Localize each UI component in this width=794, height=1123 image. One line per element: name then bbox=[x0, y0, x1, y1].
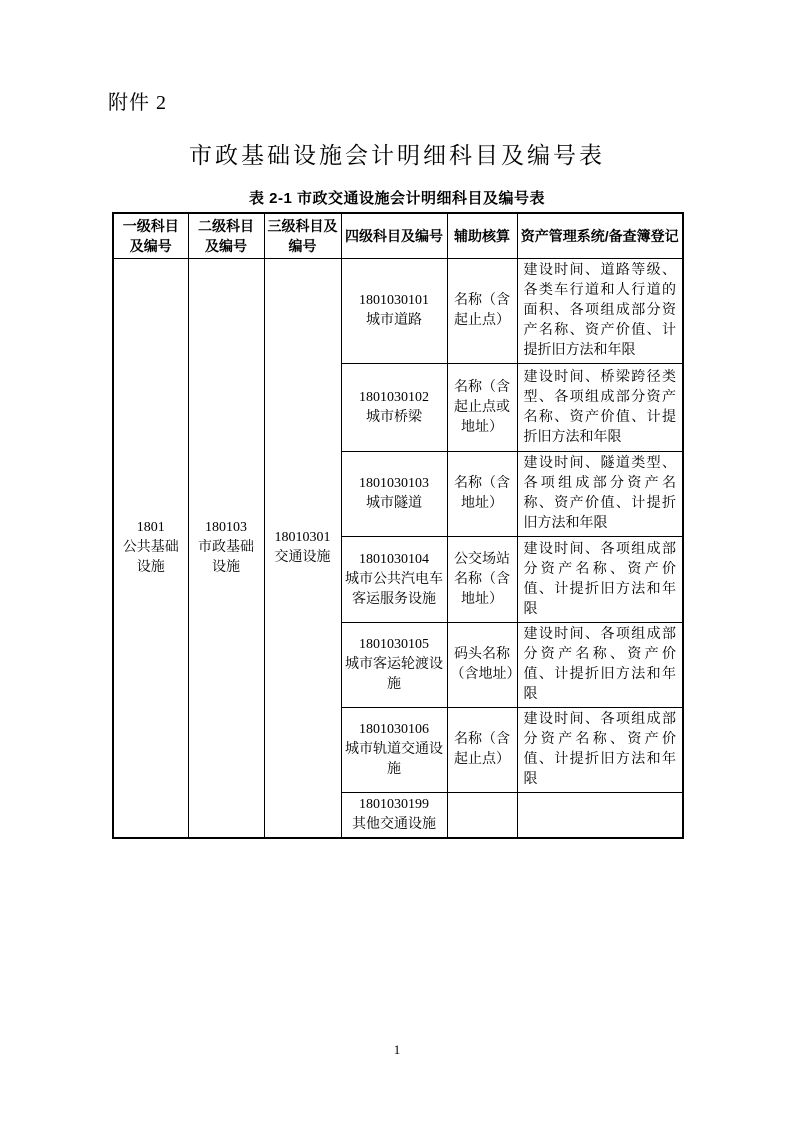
subject-code-table: 一级科目及编号 二级科目及编号 三级科目及编号 四级科目及编号 辅助核算 资产管… bbox=[112, 212, 684, 839]
auxiliary-cell: 名称（含起止点或地址） bbox=[447, 364, 517, 452]
level4-name: 城市客运轮渡设施 bbox=[345, 655, 444, 695]
level1-cell: 1801 公共基础设施 bbox=[113, 259, 188, 839]
level4-cell: 1801030105 城市客运轮渡设施 bbox=[341, 623, 447, 708]
level4-code: 1801030199 bbox=[345, 795, 444, 815]
auxiliary-cell bbox=[447, 793, 517, 839]
auxiliary-cell: 名称（含地址） bbox=[447, 452, 517, 537]
table-caption: 表 2-1 市政交通设施会计明细科目及编号表 bbox=[0, 187, 794, 208]
header-level3: 三级科目及编号 bbox=[264, 213, 341, 259]
level4-name: 其他交通设施 bbox=[345, 815, 444, 835]
level4-name: 城市桥梁 bbox=[345, 408, 444, 428]
level4-cell: 1801030101 城市道路 bbox=[341, 259, 447, 364]
level4-name: 城市道路 bbox=[345, 311, 444, 331]
registry-cell bbox=[517, 793, 683, 839]
level3-cell: 18010301 交通设施 bbox=[264, 259, 341, 839]
header-level4: 四级科目及编号 bbox=[341, 213, 447, 259]
level4-cell: 1801030199 其他交通设施 bbox=[341, 793, 447, 839]
attachment-label: 附件 2 bbox=[108, 86, 167, 115]
auxiliary-cell: 名称（含起止点） bbox=[447, 708, 517, 793]
header-level2: 二级科目及编号 bbox=[188, 213, 264, 259]
table-row: 1801 公共基础设施 180103 市政基础设施 18010301 交通设施 … bbox=[113, 259, 683, 364]
registry-cell: 建设时间、各项组成部分资产名称、资产价值、计提折旧方法和年限 bbox=[517, 623, 683, 708]
level2-name: 市政基础设施 bbox=[192, 538, 261, 578]
level4-code: 1801030104 bbox=[345, 550, 444, 570]
registry-cell: 建设时间、各项组成部分资产名称、资产价值、计提折旧方法和年限 bbox=[517, 537, 683, 623]
level4-name: 城市隧道 bbox=[345, 494, 444, 514]
level4-code: 1801030102 bbox=[345, 388, 444, 408]
registry-cell: 建设时间、隧道类型、各项组成部分资产名称、资产价值、计提折旧方法和年限 bbox=[517, 452, 683, 537]
auxiliary-cell: 码头名称（含地址） bbox=[447, 623, 517, 708]
auxiliary-cell: 名称（含起止点） bbox=[447, 259, 517, 364]
level1-code: 1801 bbox=[117, 518, 185, 538]
level2-cell: 180103 市政基础设施 bbox=[188, 259, 264, 839]
registry-cell: 建设时间、桥梁跨径类型、各项组成部分资产名称、资产价值、计提折旧方法和年限 bbox=[517, 364, 683, 452]
registry-cell: 建设时间、各项组成部分资产名称、资产价值、计提折旧方法和年限 bbox=[517, 708, 683, 793]
level4-name: 城市公共汽电车客运服务设施 bbox=[345, 570, 444, 610]
level4-cell: 1801030102 城市桥梁 bbox=[341, 364, 447, 452]
header-level1: 一级科目及编号 bbox=[113, 213, 188, 259]
level4-name: 城市轨道交通设施 bbox=[345, 740, 444, 780]
level4-cell: 1801030104 城市公共汽电车客运服务设施 bbox=[341, 537, 447, 623]
header-row: 一级科目及编号 二级科目及编号 三级科目及编号 四级科目及编号 辅助核算 资产管… bbox=[113, 213, 683, 259]
header-auxiliary: 辅助核算 bbox=[447, 213, 517, 259]
page-number: 1 bbox=[0, 1042, 794, 1058]
document-title: 市政基础设施会计明细科目及编号表 bbox=[0, 137, 794, 170]
header-registry: 资产管理系统/备查簿登记 bbox=[517, 213, 683, 259]
registry-cell: 建设时间、道路等级、各类车行道和人行道的面积、各项组成部分资产名称、资产价值、计… bbox=[517, 259, 683, 364]
level4-code: 1801030103 bbox=[345, 474, 444, 494]
level4-cell: 1801030106 城市轨道交通设施 bbox=[341, 708, 447, 793]
level2-code: 180103 bbox=[192, 518, 261, 538]
level3-name: 交通设施 bbox=[268, 548, 338, 568]
level1-name: 公共基础设施 bbox=[117, 538, 185, 578]
auxiliary-cell: 公交场站名称（含地址） bbox=[447, 537, 517, 623]
level4-code: 1801030105 bbox=[345, 635, 444, 655]
level3-code: 18010301 bbox=[268, 528, 338, 548]
level4-code: 1801030101 bbox=[345, 291, 444, 311]
document-page: 附件 2 市政基础设施会计明细科目及编号表 表 2-1 市政交通设施会计明细科目… bbox=[0, 0, 794, 1123]
level4-code: 1801030106 bbox=[345, 720, 444, 740]
level4-cell: 1801030103 城市隧道 bbox=[341, 452, 447, 537]
